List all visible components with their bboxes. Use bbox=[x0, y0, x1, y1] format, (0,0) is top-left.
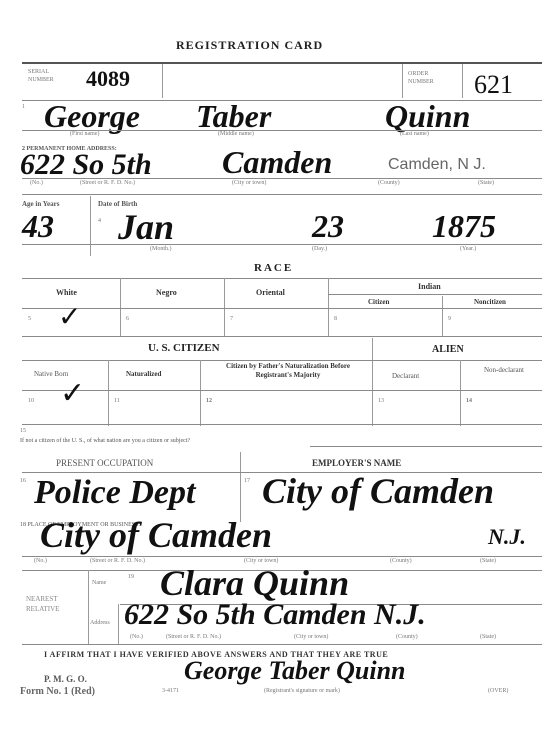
relative-address-value: 622 So 5th Camden N.J. bbox=[124, 598, 426, 632]
order-number: 621 bbox=[474, 70, 513, 100]
pmgo-label: P. M. G. O. bbox=[44, 674, 87, 684]
field-number: 11 bbox=[114, 398, 120, 404]
field-number: 5 bbox=[28, 316, 31, 322]
fathers-naturalization-label: Citizen by Father's Naturalization Befor… bbox=[210, 362, 366, 380]
last-name-caption: (Last name) bbox=[400, 131, 429, 137]
county-stamp: Camden, N J. bbox=[388, 156, 486, 174]
divider bbox=[120, 278, 121, 336]
divider bbox=[90, 196, 91, 256]
divider bbox=[328, 294, 542, 295]
middle-name-caption: (Middle name) bbox=[218, 131, 254, 137]
divider bbox=[108, 360, 109, 426]
divider bbox=[162, 64, 163, 98]
divider bbox=[328, 278, 329, 336]
divider bbox=[224, 278, 225, 336]
caption-city: (City or town) bbox=[232, 180, 266, 186]
print-code: 3-4171 bbox=[162, 688, 179, 694]
year-caption: (Year.) bbox=[460, 246, 476, 252]
signature-caption: (Registrant's signature or mark) bbox=[264, 688, 340, 694]
divider bbox=[22, 244, 542, 245]
divider bbox=[442, 296, 443, 336]
caption-street: (Street or R. F. D. No.) bbox=[90, 558, 145, 564]
employment-state-value: N.J. bbox=[488, 524, 526, 550]
dob-month: Jan bbox=[118, 206, 174, 248]
divider bbox=[22, 278, 542, 279]
race-negro-label: Negro bbox=[156, 288, 177, 297]
first-name-caption: (First name) bbox=[70, 131, 100, 137]
field-number: 4 bbox=[98, 218, 101, 224]
field-number: 12 bbox=[206, 398, 212, 404]
field-number: 14 bbox=[466, 398, 472, 404]
caption-no: (No.) bbox=[130, 634, 143, 640]
nationality-question: If not a citizen of the U. S., of what n… bbox=[20, 438, 190, 444]
caption-street: (Street or R. F. D. No.) bbox=[166, 634, 221, 640]
occupation-header: PRESENT OCCUPATION bbox=[56, 458, 153, 468]
employer-header: EMPLOYER'S NAME bbox=[312, 458, 401, 468]
divider bbox=[22, 62, 542, 64]
caption-county: (County) bbox=[396, 634, 418, 640]
divider bbox=[460, 360, 461, 426]
citizen-header: U. S. CITIZEN bbox=[148, 342, 220, 354]
order-label: ORDER NUMBER bbox=[408, 70, 448, 86]
age-value: 43 bbox=[22, 208, 54, 245]
day-caption: (Day.) bbox=[312, 246, 327, 252]
divider bbox=[22, 336, 542, 337]
field-number: 13 bbox=[378, 398, 384, 404]
race-oriental-label: Oriental bbox=[256, 288, 285, 297]
divider bbox=[402, 64, 403, 98]
race-indian-noncitizen-label: Noncitizen bbox=[474, 298, 506, 306]
divider bbox=[310, 446, 542, 447]
age-label: Age in Years bbox=[22, 200, 59, 208]
field-number: 10 bbox=[28, 398, 34, 404]
field-number: 16 bbox=[20, 478, 26, 484]
race-header: RACE bbox=[254, 262, 293, 274]
divider bbox=[462, 64, 463, 98]
race-indian-label: Indian bbox=[418, 282, 441, 291]
employer-value: City of Camden bbox=[262, 470, 494, 512]
caption-city: (City or town) bbox=[294, 634, 328, 640]
dob-year: 1875 bbox=[432, 208, 496, 245]
race-white-label: White bbox=[56, 288, 77, 297]
caption-street: (Street or R. F. D. No.) bbox=[80, 180, 135, 186]
divider bbox=[22, 644, 542, 645]
divider bbox=[22, 556, 542, 557]
divider bbox=[88, 570, 89, 644]
naturalized-label: Naturalized bbox=[126, 370, 161, 378]
month-caption: (Month.) bbox=[150, 246, 172, 252]
occupation-value: Police Dept bbox=[34, 474, 195, 512]
declarant-label: Declarant bbox=[392, 372, 419, 380]
dob-day: 23 bbox=[312, 208, 344, 245]
serial-label: SERIAL NUMBER bbox=[28, 68, 72, 84]
divider bbox=[200, 360, 201, 426]
field-number: 17 bbox=[244, 478, 250, 484]
caption-state: (State) bbox=[480, 634, 496, 640]
divider bbox=[240, 452, 241, 522]
nearest-relative-label: NEAREST RELATIVE bbox=[26, 594, 70, 614]
divider bbox=[22, 424, 542, 425]
divider bbox=[22, 178, 542, 179]
home-street: 622 So 5th bbox=[20, 148, 152, 182]
card-title: REGISTRATION CARD bbox=[176, 38, 323, 53]
divider bbox=[22, 390, 542, 391]
caption-no: (No.) bbox=[34, 558, 47, 564]
over-label: (OVER) bbox=[488, 688, 508, 694]
form-number: Form No. 1 (Red) bbox=[20, 686, 95, 697]
field-number: 19 bbox=[128, 574, 134, 580]
caption-no: (No.) bbox=[30, 180, 43, 186]
relative-address-label: Address bbox=[90, 620, 110, 626]
caption-county: (County) bbox=[390, 558, 412, 564]
serial-number: 4089 bbox=[86, 66, 130, 92]
home-city: Camden bbox=[222, 144, 332, 181]
divider bbox=[22, 360, 542, 361]
registrant-signature: George Taber Quinn bbox=[184, 656, 406, 686]
field-number: 8 bbox=[334, 316, 337, 322]
field-number: 9 bbox=[448, 316, 451, 322]
field-number: 7 bbox=[230, 316, 233, 322]
divider bbox=[118, 604, 119, 644]
race-indian-citizen-label: Citizen bbox=[368, 298, 389, 306]
caption-county: (County) bbox=[378, 180, 400, 186]
caption-state: (State) bbox=[480, 558, 496, 564]
relative-name-label: Name bbox=[92, 580, 106, 586]
employment-place-value: City of Camden bbox=[40, 514, 272, 556]
field-number: 15 bbox=[20, 428, 26, 434]
alien-header: ALIEN bbox=[432, 344, 464, 355]
native-born-checkmark-icon: ✓ bbox=[60, 376, 85, 411]
field-number: 1 bbox=[22, 104, 25, 110]
non-declarant-label: Non-declarant bbox=[480, 366, 528, 374]
white-checkmark-icon: ✓ bbox=[58, 300, 81, 333]
divider bbox=[22, 308, 542, 309]
divider bbox=[22, 194, 542, 195]
field-number: 6 bbox=[126, 316, 129, 322]
caption-state: (State) bbox=[478, 180, 494, 186]
divider bbox=[22, 130, 542, 131]
divider bbox=[372, 338, 373, 426]
